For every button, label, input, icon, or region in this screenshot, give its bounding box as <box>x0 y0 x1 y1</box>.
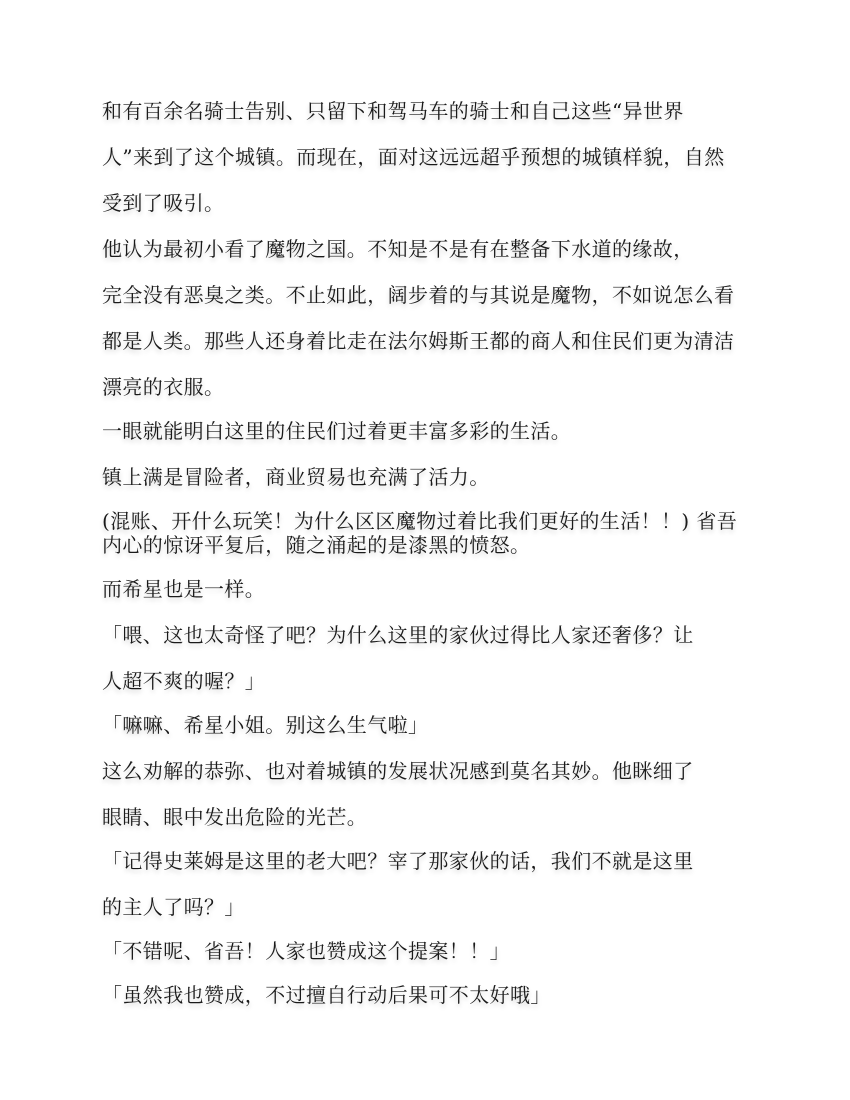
dialogue-line: 「不错呢、省吾！人家也赞成这个提案！！」 <box>102 939 510 963</box>
text-line: 都是人类。那些人还身着比走在法尔姆斯王都的商人和住民们更为清洁 <box>102 329 734 353</box>
text-line: 眼睛、眼中发出危险的光芒。 <box>102 805 367 829</box>
dialogue-line: 「嘛嘛、希星小姐。别这么生气啦」 <box>102 713 428 737</box>
dialogue-line: 人超不爽的喔？」 <box>102 669 265 693</box>
text-line: 漂亮的衣服。 <box>102 375 224 399</box>
text-line: 和有百余名骑士告别、只留下和驾马车的骑士和自己这些“异世界 <box>102 99 684 123</box>
dialogue-line: 「喂、这也太奇怪了吧？为什么这里的家伙过得比人家还奢侈？让 <box>102 623 694 647</box>
text-line: 受到了吸引。 <box>102 191 224 215</box>
dialogue-line: 的主人了吗？」 <box>102 895 245 919</box>
text-line: 人”来到了这个城镇。而现在，面对这远远超乎预想的城镇样貌，自然 <box>102 145 725 169</box>
text-line: 内心的惊讶平复后，随之涌起的是漆黑的愤怒。 <box>102 533 530 557</box>
text-line: 完全没有恶臭之类。不止如此，阔步着的与其说是魔物，不如说怎么看 <box>102 283 734 307</box>
text-line: 他认为最初小看了魔物之国。不知是不是有在整备下水道的缘故， <box>102 237 694 261</box>
text-line: 一眼就能明白这里的住民们过着更丰富多彩的生活。 <box>102 419 571 443</box>
dialogue-line: 「记得史莱姆是这里的老大吧？宰了那家伙的话，我们不就是这里 <box>102 849 694 873</box>
dialogue-line: 「虽然我也赞成，不过擅自行动后果可不太好哦」 <box>102 983 551 1007</box>
text-line: (混账、开什么玩笑！为什么区区魔物过着比我们更好的生活！！) 省吾 <box>102 509 737 533</box>
text-line: 镇上满是冒险者，商业贸易也充满了活力。 <box>102 465 490 489</box>
text-line: 而希星也是一样。 <box>102 577 265 601</box>
document-page: 和有百余名骑士告别、只留下和驾马车的骑士和自己这些“异世界 人”来到了这个城镇。… <box>0 0 850 1100</box>
text-line: 这么劝解的恭弥、也对着城镇的发展状况感到莫名其妙。他眯细了 <box>102 759 694 783</box>
